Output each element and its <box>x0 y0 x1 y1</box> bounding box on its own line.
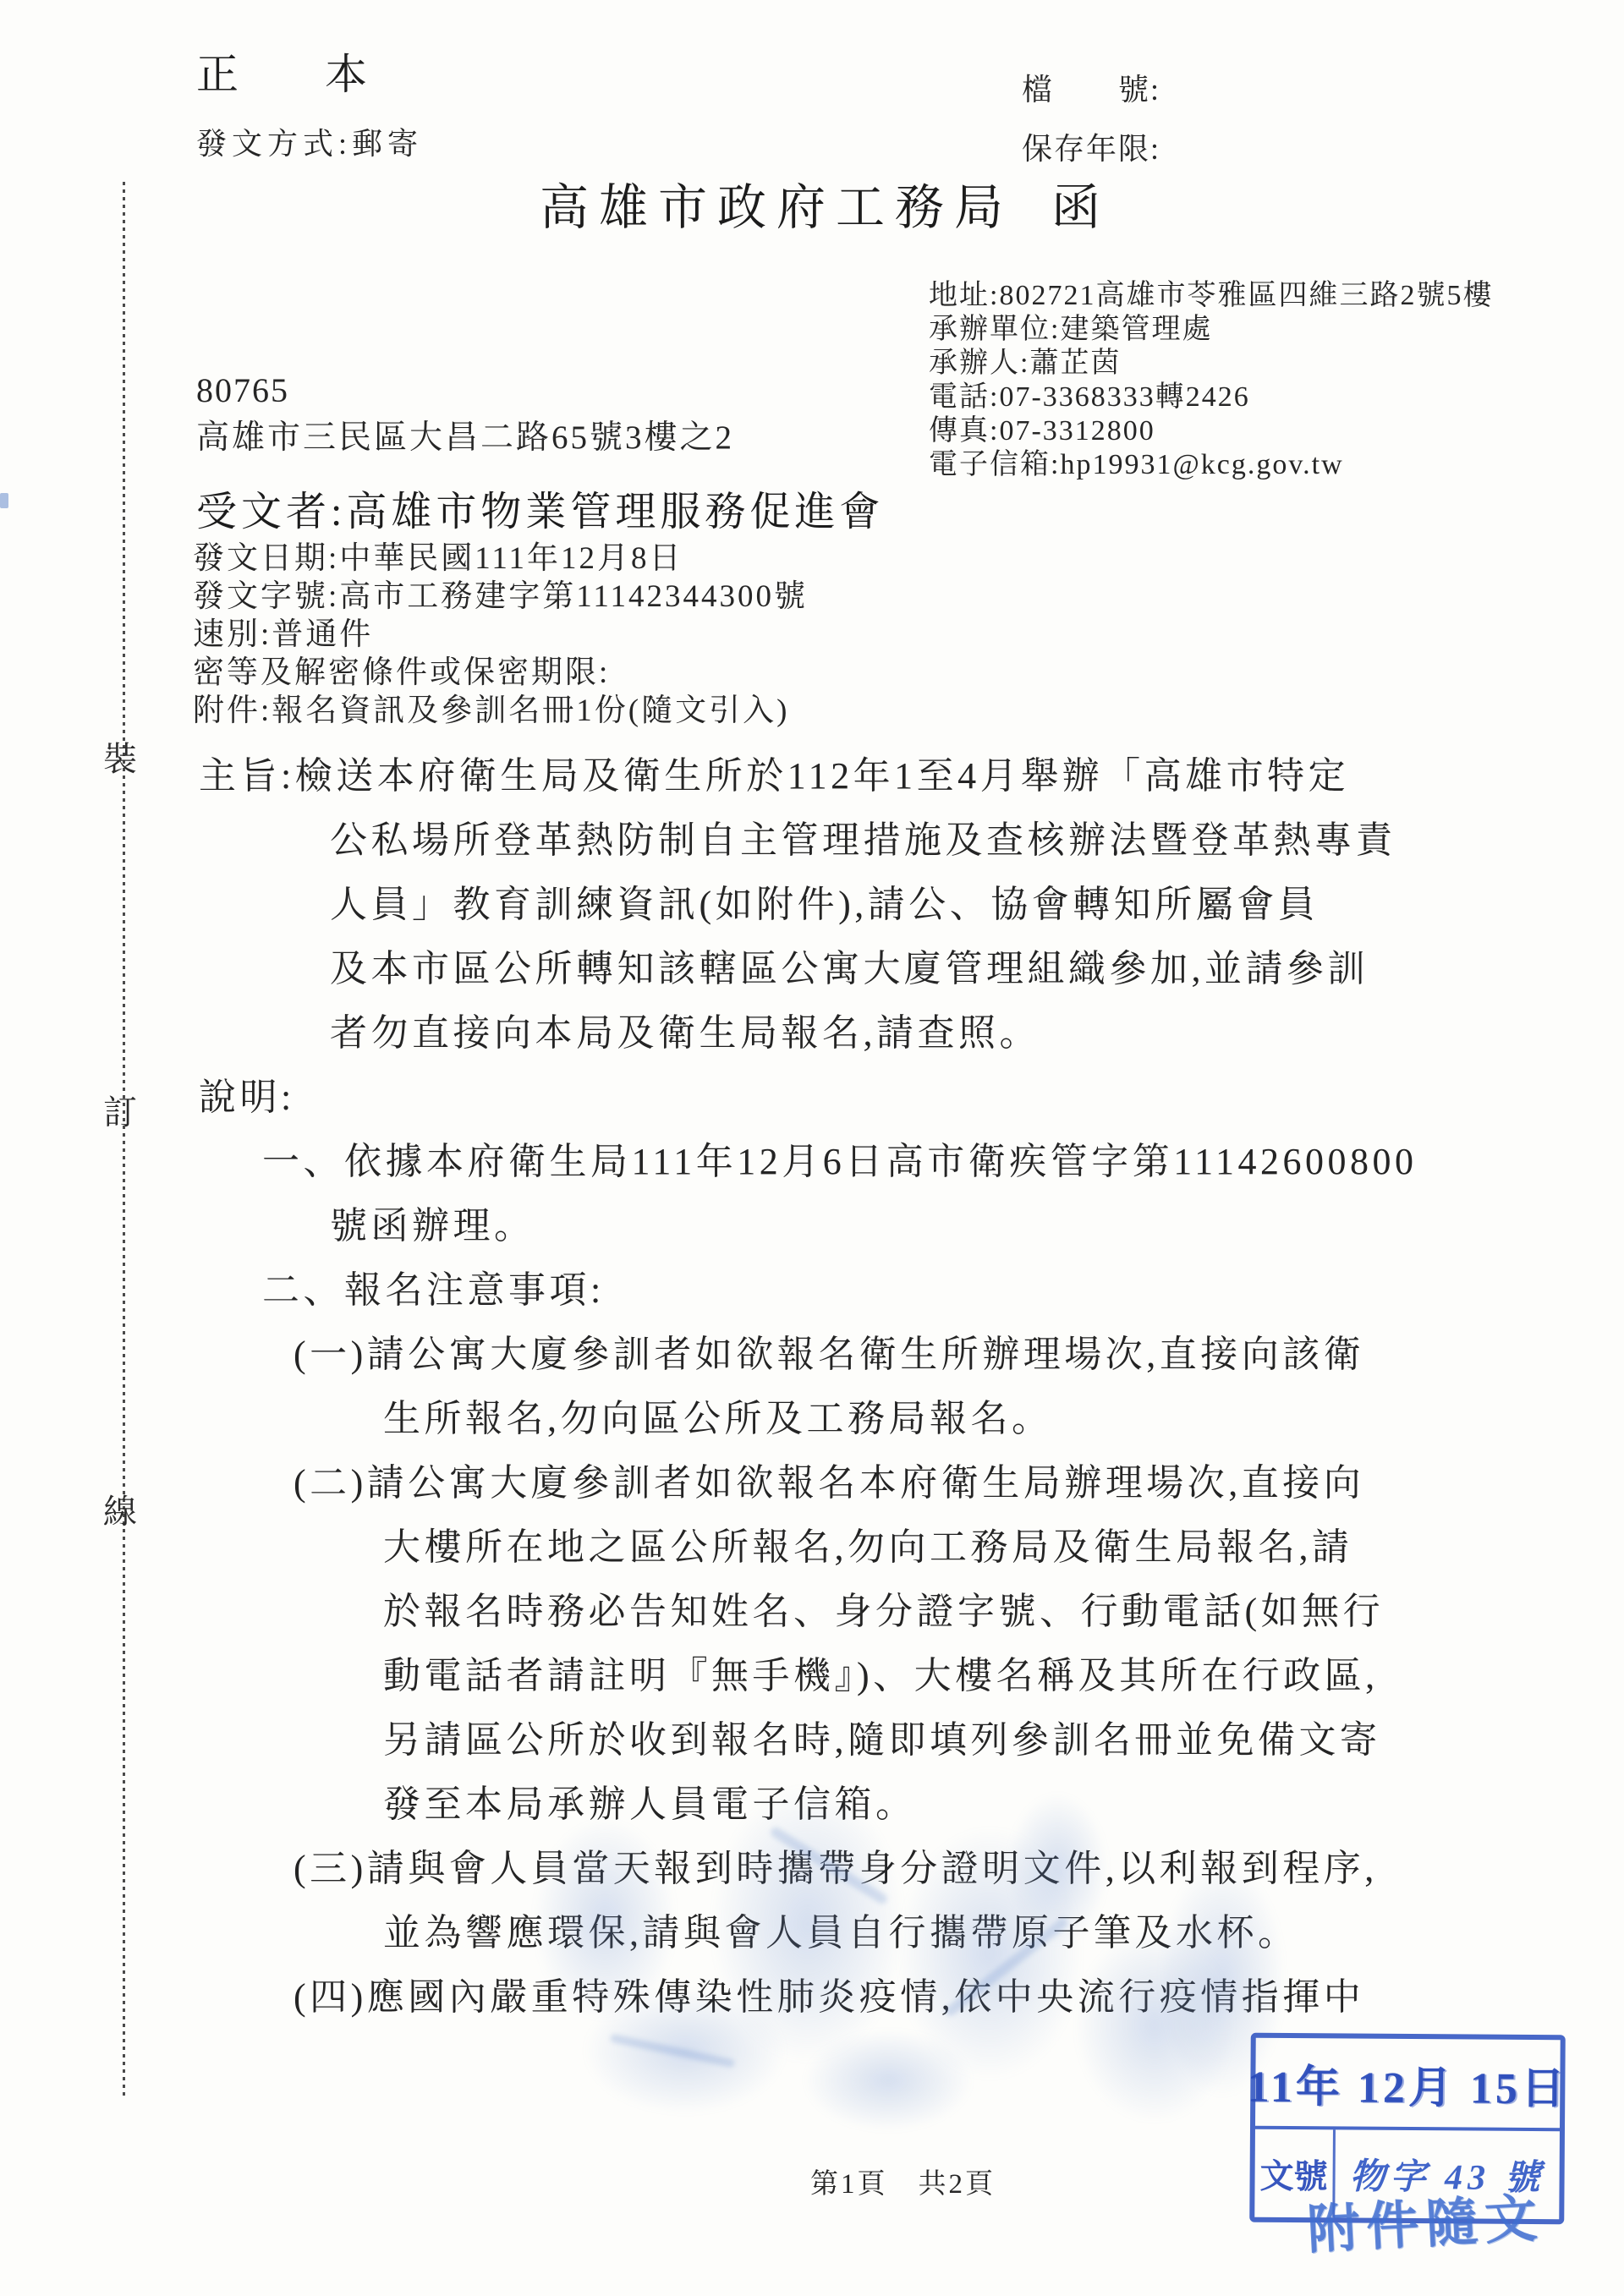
body-line: 大樓所在地之區公所報名,勿向工務局及衛生局報名,請 <box>199 1515 1484 1580</box>
binding-label: 線 <box>103 1485 137 1533</box>
document-body: 主旨:檢送本府衛生局及衛生所於112年1至4月舉辦「高雄市特定公私場所登革熱防制… <box>199 744 1484 2030</box>
body-line: 號函辦理。 <box>199 1194 1484 1258</box>
delivery-method: 發文方式:郵寄 <box>196 120 423 163</box>
body-line: 動電話者請註明『無手機』)、大樓名稱及其所在行政區, <box>199 1644 1484 1708</box>
stamp-date: 11年 12月 15日 <box>1255 2038 1561 2132</box>
meta-line: 密等及解密條件或保密期限: <box>193 654 808 692</box>
scanned-official-letter: 裝訂線 正 本 發文方式:郵寄 檔 號: 保存年限: 高雄市政府工務局函 地址:… <box>0 0 1624 2296</box>
issuing-agency: 高雄市政府工務局 <box>540 180 1013 235</box>
document-title: 高雄市政府工務局函 <box>540 167 1100 238</box>
body-line: (二)請公寓大廈參訓者如欲報名本府衛生局辦理場次,直接向 <box>199 1451 1484 1515</box>
agency-info-line: 電話:07-3368333轉2426 <box>929 381 1493 414</box>
body-line: 於報名時務必告知姓名、身分證字號、行動電話(如無行 <box>199 1580 1484 1644</box>
meta-line: 發文日期:中華民國111年12月8日 <box>193 540 808 578</box>
ink-bleed-blob <box>804 2030 973 2131</box>
body-line: 生所報名,勿向區公所及工務局報名。 <box>199 1387 1484 1451</box>
document-type: 函 <box>1051 180 1100 235</box>
binding-label: 訂 <box>103 1086 137 1134</box>
body-line: 發至本局承辦人員電子信箱。 <box>199 1773 1484 1837</box>
body-line: 並為響應環保,請與會人員自行攜帶原子筆及水杯。 <box>199 1901 1484 1965</box>
agency-info-line: 傳真:07-3312800 <box>929 414 1493 448</box>
agency-info-line: 電子信箱:hp19931@kcg.gov.tw <box>929 448 1493 482</box>
binding-label: 裝 <box>103 732 137 781</box>
agency-info-line: 承辦單位:建築管理處 <box>929 313 1493 347</box>
file-number-label: 檔 號: <box>1022 66 1160 109</box>
body-line: (三)請與會人員當天報到時攜帶身分證明文件,以利報到程序, <box>199 1837 1484 1901</box>
agency-info-line: 承辦人:蕭芷茵 <box>929 347 1493 381</box>
meta-line: 發文字號:高市工務建字第11142344300號 <box>193 578 808 616</box>
meta-line: 附件:報名資訊及參訓名冊1份(隨文引入) <box>193 692 808 730</box>
body-line: (四)應國內嚴重特殊傳染性肺炎疫情,依中央流行疫情指揮中 <box>199 1965 1484 2030</box>
recipient-address: 高雄市三民區大昌二路65號3樓之2 <box>196 411 734 458</box>
retention-period-label: 保存年限: <box>1022 125 1160 168</box>
binding-dotted-line <box>123 182 125 2097</box>
page-indicator: 第1頁 共2頁 <box>810 2162 996 2201</box>
body-line: 另請區公所於收到報名時,隨即填列參訓名冊並免備文寄 <box>199 1708 1484 1773</box>
body-line: 公私場所登革熱防制自主管理措施及查核辦法暨登革熱專責 <box>199 808 1484 873</box>
recipient-line: 受文者:高雄市物業管理服務促進會 <box>196 479 884 537</box>
body-line: 一、依據本府衛生局111年12月6日高市衛疾管字第11142600800 <box>199 1130 1484 1194</box>
recipient-zip: 80765 <box>196 370 289 410</box>
agency-info-line: 地址:802721高雄市苓雅區四維三路2號5樓 <box>929 279 1493 313</box>
body-line: 說明: <box>199 1066 1484 1130</box>
agency-info-block: 地址:802721高雄市苓雅區四維三路2號5樓承辦單位:建築管理處承辦人:蕭芷茵… <box>929 279 1493 482</box>
body-line: 主旨:檢送本府衛生局及衛生所於112年1至4月舉辦「高雄市特定 <box>199 744 1484 808</box>
meta-line: 速別:普通件 <box>193 616 808 654</box>
body-line: 人員」教育訓練資訊(如附件),請公、協會轉知所屬會員 <box>199 873 1484 937</box>
body-line: (一)請公寓大廈參訓者如欲報名衛生所辦理場次,直接向該衛 <box>199 1323 1484 1387</box>
body-line: 二、報名注意事項: <box>199 1258 1484 1323</box>
copy-type-label: 正 本 <box>196 41 389 101</box>
meta-block: 發文日期:中華民國111年12月8日發文字號:高市工務建字第1114234430… <box>193 540 808 730</box>
body-line: 者勿直接向本局及衛生局報名,請查照。 <box>199 1001 1484 1066</box>
scan-edge-artifact <box>0 493 8 508</box>
stamp-attachment-note: 附件隨文 <box>1305 2176 1545 2264</box>
body-line: 及本市區公所轉知該轄區公寓大廈管理組織參加,並請參訓 <box>199 937 1484 1001</box>
ink-bleed-stroke <box>610 2034 736 2069</box>
